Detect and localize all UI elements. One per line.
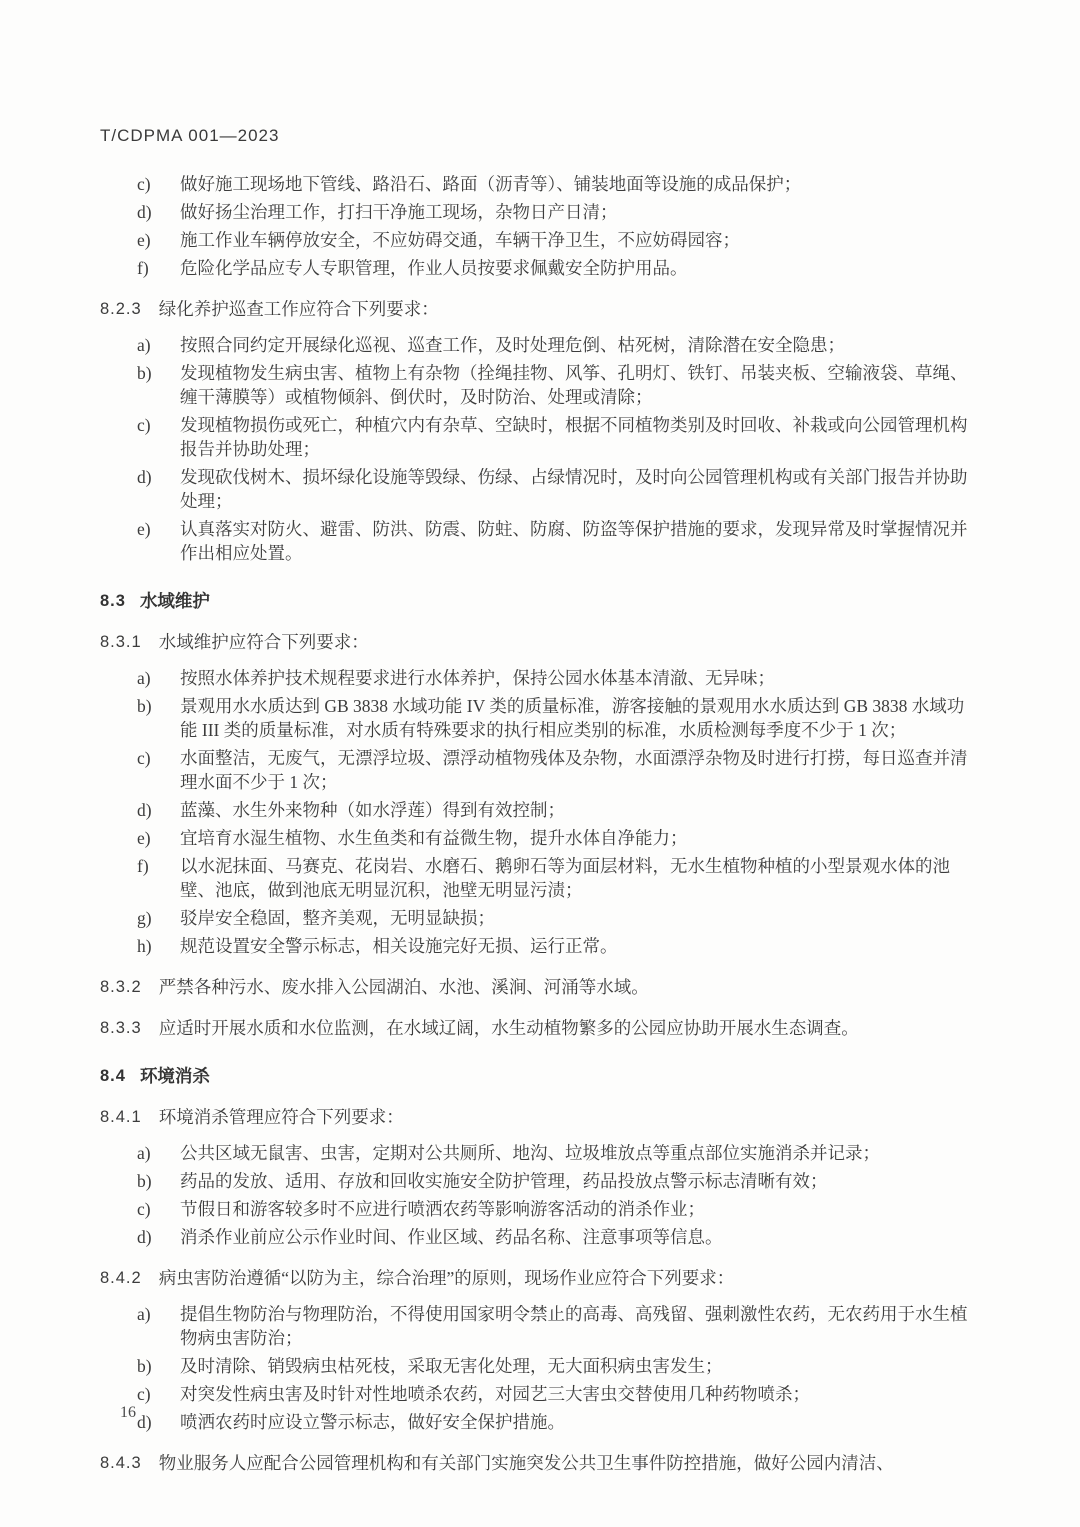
item-text: 发现植物损伤或死亡，种植穴内有杂草、空缺时，根据不同植物类别及时回收、补栽或向公… xyxy=(180,413,980,461)
item-text: 按照水体养护技术规程要求进行水体养护，保持公园水体基本清澈、无异味； xyxy=(180,666,980,690)
clause-number: 8.4.1 xyxy=(100,1105,142,1129)
item-text: 发现砍伐树木、损坏绿化设施等毁绿、伤绿、占绿情况时，及时向公园管理机构或有关部门… xyxy=(180,465,980,513)
item-label: c) xyxy=(137,172,180,196)
item-label: b) xyxy=(137,361,180,409)
item-label: h) xyxy=(137,934,180,958)
section-title: 环境消杀 xyxy=(140,1064,210,1088)
clause-text: 应适时开展水质和水位监测，在水域辽阔，水生动植物繁多的公园应协助开展水生态调查。 xyxy=(159,1016,980,1040)
list-item: a)按照水体养护技术规程要求进行水体养护，保持公园水体基本清澈、无异味； xyxy=(100,666,980,690)
list-item: b)药品的发放、适用、存放和回收实施安全防护管理，药品投放点警示标志清晰有效； xyxy=(100,1169,980,1193)
item-text: 提倡生物防治与物理防治，不得使用国家明令禁止的高毒、高残留、强刺激性农药，无农药… xyxy=(180,1302,980,1350)
list-item: d)喷洒农药时应设立警示标志，做好安全保护措施。 xyxy=(100,1410,980,1434)
lettered-item-list: a)提倡生物防治与物理防治，不得使用国家明令禁止的高毒、高残留、强刺激性农药，无… xyxy=(100,1302,980,1434)
item-text: 做好施工现场地下管线、路沿石、路面（沥青等）、铺装地面等设施的成品保护； xyxy=(180,172,980,196)
lettered-item-list: a)按照水体养护技术规程要求进行水体养护，保持公园水体基本清澈、无异味；b)景观… xyxy=(100,666,980,958)
item-text: 对突发性病虫害及时针对性地喷杀农药，对园艺三大害虫交替使用几种药物喷杀； xyxy=(180,1382,980,1406)
item-label: d) xyxy=(137,798,180,822)
item-text: 景观用水水质达到 GB 3838 水域功能 IV 类的质量标准，游客接触的景观用… xyxy=(180,694,980,742)
list-item: d)做好扬尘治理工作，打扫干净施工现场，杂物日产日清； xyxy=(100,200,980,224)
item-text: 做好扬尘治理工作，打扫干净施工现场，杂物日产日清； xyxy=(180,200,980,224)
item-text: 危险化学品应专人专职管理，作业人员按要求佩戴安全防护用品。 xyxy=(180,256,980,280)
document-header-standard-number: T/CDPMA 001—2023 xyxy=(100,126,980,146)
clause-paragraph: 8.3.2严禁各种污水、废水排入公园湖泊、水池、溪涧、河涌等水域。 xyxy=(100,975,980,999)
item-text: 及时清除、销毁病虫枯死枝，采取无害化处理，无大面积病虫害发生； xyxy=(180,1354,980,1378)
clause-number: 8.3.2 xyxy=(100,975,142,999)
clause-text: 绿化养护巡查工作应符合下列要求： xyxy=(159,297,980,321)
item-label: a) xyxy=(137,333,180,357)
item-text: 以水泥抹面、马赛克、花岗岩、水磨石、鹅卵石等为面层材料，无水生植物种植的小型景观… xyxy=(180,854,980,902)
item-label: c) xyxy=(137,1197,180,1221)
list-item: c)对突发性病虫害及时针对性地喷杀农药，对园艺三大害虫交替使用几种药物喷杀； xyxy=(100,1382,980,1406)
item-text: 认真落实对防火、避雷、防洪、防震、防蛀、防腐、防盗等保护措施的要求，发现异常及时… xyxy=(180,517,980,565)
item-label: e) xyxy=(137,826,180,850)
item-text: 按照合同约定开展绿化巡视、巡查工作，及时处理危倒、枯死树，清除潜在安全隐患； xyxy=(180,333,980,357)
clause-paragraph: 8.4.1环境消杀管理应符合下列要求： xyxy=(100,1105,980,1129)
clause-paragraph: 8.3.1水域维护应符合下列要求： xyxy=(100,630,980,654)
list-item: d)蓝藻、水生外来物种（如水浮莲）得到有效控制； xyxy=(100,798,980,822)
item-text: 驳岸安全稳固，整齐美观，无明显缺损； xyxy=(180,906,980,930)
item-label: d) xyxy=(137,465,180,513)
item-text: 发现植物发生病虫害、植物上有杂物（拴绳挂物、风筝、孔明灯、铁钉、吊装夹板、空输液… xyxy=(180,361,980,409)
item-label: a) xyxy=(137,1141,180,1165)
item-label: b) xyxy=(137,694,180,742)
list-item: e)宜培育水湿生植物、水生鱼类和有益微生物，提升水体自净能力； xyxy=(100,826,980,850)
document-page: T/CDPMA 001—2023 c)做好施工现场地下管线、路沿石、路面（沥青等… xyxy=(0,0,1080,1527)
clause-text: 病虫害防治遵循“以防为主，综合治理”的原则，现场作业应符合下列要求： xyxy=(159,1266,980,1290)
clause-number: 8.3.1 xyxy=(100,630,142,654)
item-label: f) xyxy=(137,854,180,902)
list-item: g)驳岸安全稳固，整齐美观，无明显缺损； xyxy=(100,906,980,930)
item-text: 消杀作业前应公示作业时间、作业区域、药品名称、注意事项等信息。 xyxy=(180,1225,980,1249)
item-label: e) xyxy=(137,228,180,252)
clause-paragraph: 8.3.3应适时开展水质和水位监测，在水域辽阔，水生动植物繁多的公园应协助开展水… xyxy=(100,1016,980,1040)
clause-paragraph: 8.2.3绿化养护巡查工作应符合下列要求： xyxy=(100,297,980,321)
item-text: 水面整洁，无废气，无漂浮垃圾、漂浮动植物残体及杂物，水面漂浮杂物及时进行打捞，每… xyxy=(180,746,980,794)
list-item: b)及时清除、销毁病虫枯死枝，采取无害化处理，无大面积病虫害发生； xyxy=(100,1354,980,1378)
item-text: 规范设置安全警示标志，相关设施完好无损、运行正常。 xyxy=(180,934,980,958)
document-body: c)做好施工现场地下管线、路沿石、路面（沥青等）、铺装地面等设施的成品保护；d)… xyxy=(100,172,980,1475)
section-heading: 8.3水域维护 xyxy=(100,589,980,613)
list-item: c)做好施工现场地下管线、路沿石、路面（沥青等）、铺装地面等设施的成品保护； xyxy=(100,172,980,196)
item-label: g) xyxy=(137,906,180,930)
item-text: 施工作业车辆停放安全，不应妨碍交通，车辆干净卫生，不应妨碍园容； xyxy=(180,228,980,252)
page-number: 16 xyxy=(120,1404,136,1422)
list-item: c)水面整洁，无废气，无漂浮垃圾、漂浮动植物残体及杂物，水面漂浮杂物及时进行打捞… xyxy=(100,746,980,794)
lettered-item-list: a)按照合同约定开展绿化巡视、巡查工作，及时处理危倒、枯死树，清除潜在安全隐患；… xyxy=(100,333,980,565)
section-number: 8.4 xyxy=(100,1064,126,1088)
list-item: e)施工作业车辆停放安全，不应妨碍交通，车辆干净卫生，不应妨碍园容； xyxy=(100,228,980,252)
list-item: b)景观用水水质达到 GB 3838 水域功能 IV 类的质量标准，游客接触的景… xyxy=(100,694,980,742)
lettered-item-list: a)公共区域无鼠害、虫害，定期对公共厕所、地沟、垃圾堆放点等重点部位实施消杀并记… xyxy=(100,1141,980,1249)
list-item: e)认真落实对防火、避雷、防洪、防震、防蛀、防腐、防盗等保护措施的要求，发现异常… xyxy=(100,517,980,565)
clause-number: 8.2.3 xyxy=(100,297,142,321)
item-text: 节假日和游客较多时不应进行喷洒农药等影响游客活动的消杀作业； xyxy=(180,1197,980,1221)
clause-text: 严禁各种污水、废水排入公园湖泊、水池、溪涧、河涌等水域。 xyxy=(159,975,980,999)
clause-paragraph: 8.4.3物业服务人应配合公园管理机构和有关部门实施突发公共卫生事件防控措施，做… xyxy=(100,1451,980,1475)
section-title: 水域维护 xyxy=(140,589,210,613)
clause-number: 8.4.3 xyxy=(100,1451,142,1475)
item-label: c) xyxy=(137,746,180,794)
lettered-item-list: c)做好施工现场地下管线、路沿石、路面（沥青等）、铺装地面等设施的成品保护；d)… xyxy=(100,172,980,280)
item-text: 药品的发放、适用、存放和回收实施安全防护管理，药品投放点警示标志清晰有效； xyxy=(180,1169,980,1193)
item-text: 蓝藻、水生外来物种（如水浮莲）得到有效控制； xyxy=(180,798,980,822)
list-item: f)以水泥抹面、马赛克、花岗岩、水磨石、鹅卵石等为面层材料，无水生植物种植的小型… xyxy=(100,854,980,902)
item-label: a) xyxy=(137,666,180,690)
item-label: b) xyxy=(137,1169,180,1193)
item-text: 宜培育水湿生植物、水生鱼类和有益微生物，提升水体自净能力； xyxy=(180,826,980,850)
list-item: d)发现砍伐树木、损坏绿化设施等毁绿、伤绿、占绿情况时，及时向公园管理机构或有关… xyxy=(100,465,980,513)
section-number: 8.3 xyxy=(100,589,126,613)
list-item: c)发现植物损伤或死亡，种植穴内有杂草、空缺时，根据不同植物类别及时回收、补栽或… xyxy=(100,413,980,461)
clause-text: 环境消杀管理应符合下列要求： xyxy=(159,1105,980,1129)
clause-text: 水域维护应符合下列要求： xyxy=(159,630,980,654)
clause-number: 8.4.2 xyxy=(100,1266,142,1290)
list-item: c)节假日和游客较多时不应进行喷洒农药等影响游客活动的消杀作业； xyxy=(100,1197,980,1221)
list-item: d)消杀作业前应公示作业时间、作业区域、药品名称、注意事项等信息。 xyxy=(100,1225,980,1249)
item-label: e) xyxy=(137,517,180,565)
list-item: f)危险化学品应专人专职管理，作业人员按要求佩戴安全防护用品。 xyxy=(100,256,980,280)
item-label: c) xyxy=(137,413,180,461)
item-label: c) xyxy=(137,1382,180,1406)
section-heading: 8.4环境消杀 xyxy=(100,1064,980,1088)
list-item: h)规范设置安全警示标志，相关设施完好无损、运行正常。 xyxy=(100,934,980,958)
item-label: a) xyxy=(137,1302,180,1350)
list-item: a)公共区域无鼠害、虫害，定期对公共厕所、地沟、垃圾堆放点等重点部位实施消杀并记… xyxy=(100,1141,980,1165)
item-label: d) xyxy=(137,1225,180,1249)
item-label: b) xyxy=(137,1354,180,1378)
list-item: b)发现植物发生病虫害、植物上有杂物（拴绳挂物、风筝、孔明灯、铁钉、吊装夹板、空… xyxy=(100,361,980,409)
list-item: a)按照合同约定开展绿化巡视、巡查工作，及时处理危倒、枯死树，清除潜在安全隐患； xyxy=(100,333,980,357)
item-label: d) xyxy=(137,1410,180,1434)
clause-number: 8.3.3 xyxy=(100,1016,142,1040)
item-text: 公共区域无鼠害、虫害，定期对公共厕所、地沟、垃圾堆放点等重点部位实施消杀并记录； xyxy=(180,1141,980,1165)
item-label: d) xyxy=(137,200,180,224)
clause-paragraph: 8.4.2病虫害防治遵循“以防为主，综合治理”的原则，现场作业应符合下列要求： xyxy=(100,1266,980,1290)
clause-text: 物业服务人应配合公园管理机构和有关部门实施突发公共卫生事件防控措施，做好公园内清… xyxy=(159,1451,980,1475)
item-text: 喷洒农药时应设立警示标志，做好安全保护措施。 xyxy=(180,1410,980,1434)
list-item: a)提倡生物防治与物理防治，不得使用国家明令禁止的高毒、高残留、强刺激性农药，无… xyxy=(100,1302,980,1350)
item-label: f) xyxy=(137,256,180,280)
